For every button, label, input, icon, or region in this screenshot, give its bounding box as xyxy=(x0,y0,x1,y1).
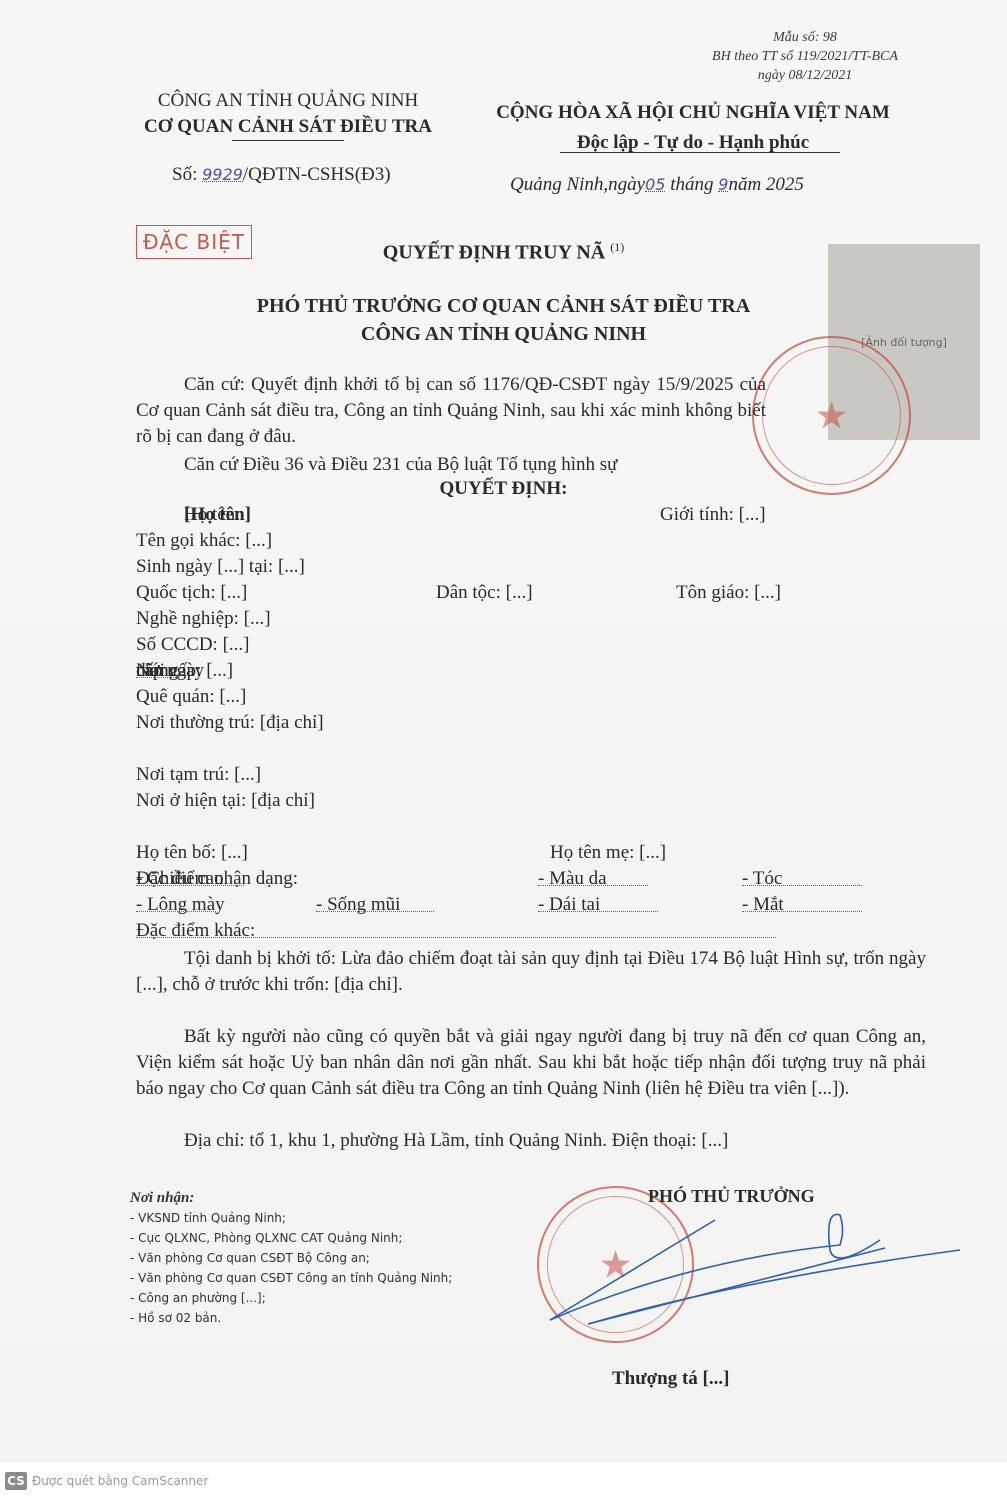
scanner-label: Được quét bằng CamScanner xyxy=(32,1474,208,1488)
title-footnote: (1) xyxy=(610,240,624,254)
recipient-item: - Công an phường [...]; xyxy=(130,1288,452,1308)
recipient-item: - Văn phòng Cơ quan CSĐT Công an tỉnh Qu… xyxy=(130,1268,452,1288)
form-reference-line: BH theo TT số 119/2021/TT-BCA xyxy=(700,47,910,66)
recipient-item: - Hồ sơ 02 bản. xyxy=(130,1308,452,1328)
date-month: 9 xyxy=(718,175,728,192)
signature xyxy=(540,1210,960,1340)
agency-underline xyxy=(232,140,344,141)
star-icon: ★ xyxy=(814,393,848,438)
country-name: CỘNG HÒA XÃ HỘI CHỦ NGHĨA VIỆT NAM xyxy=(468,98,918,128)
form-number-line: Mẫu số: 98 xyxy=(700,28,910,47)
arrest-instruction: Bất kỳ người nào cũng có quyền bắt và gi… xyxy=(136,1024,926,1102)
form-date-line: ngày 08/12/2021 xyxy=(700,66,910,85)
camscanner-logo-icon: CS xyxy=(5,1472,27,1490)
document-page: Mẫu số: 98 BH theo TT số 119/2021/TT-BCA… xyxy=(0,0,1007,1462)
signer-title: PHÓ THỦ TRƯỞNG xyxy=(648,1186,815,1207)
charge-paragraph: Tội danh bị khởi tố: Lừa đảo chiếm đoạt … xyxy=(136,946,926,998)
legal-basis-1: Căn cứ: Quyết định khởi tố bị can số 117… xyxy=(136,372,766,450)
national-motto: Độc lập - Tự do - Hạnh phúc xyxy=(468,128,918,158)
form-number: Mẫu số: 98 BH theo TT số 119/2021/TT-BCA… xyxy=(700,28,910,85)
agency-name: CƠ QUAN CẢNH SÁT ĐIỀU TRA xyxy=(118,114,458,140)
decision-number-value: 9929 xyxy=(202,165,243,182)
national-header: CỘNG HÒA XÃ HỘI CHỦ NGHĨA VIỆT NAM Độc l… xyxy=(468,98,918,158)
legal-basis-2: Căn cứ Điều 36 và Điều 231 của Bộ luật T… xyxy=(136,452,926,478)
recipient-item: - VKSND tỉnh Quảng Ninh; xyxy=(130,1208,452,1228)
issuing-agency: CÔNG AN TỈNH QUẢNG NINH CƠ QUAN CẢNH SÁT… xyxy=(118,88,458,140)
contact-line: Địa chỉ: tổ 1, khu 1, phường Hà Lầm, tỉn… xyxy=(136,1128,926,1154)
motto-underline xyxy=(560,152,840,153)
scanner-footer: CS Được quét bằng CamScanner xyxy=(0,1462,1007,1500)
recipient-item: - Văn phòng Cơ quan CSĐT Bộ Công an; xyxy=(130,1248,452,1268)
date-day: 05 xyxy=(645,175,665,192)
decision-number: Số: 9929/QĐTN-CSHS(Đ3) xyxy=(172,164,391,186)
gender: Giới tính: [...] xyxy=(660,504,766,526)
place-date: Quảng Ninh,ngày05 tháng 9năm 2025 xyxy=(510,174,804,196)
recipients: Nơi nhận: - VKSND tỉnh Quảng Ninh; - Cục… xyxy=(130,1188,452,1328)
signer-name: Thượng tá [...] xyxy=(612,1368,729,1390)
recipient-item: - Cục QLXNC, Phòng QLXNC CAT Quảng Ninh; xyxy=(130,1228,452,1248)
decision-heading: QUYẾT ĐỊNH: xyxy=(0,478,1007,500)
agency-parent: CÔNG AN TỈNH QUẢNG NINH xyxy=(118,88,458,114)
